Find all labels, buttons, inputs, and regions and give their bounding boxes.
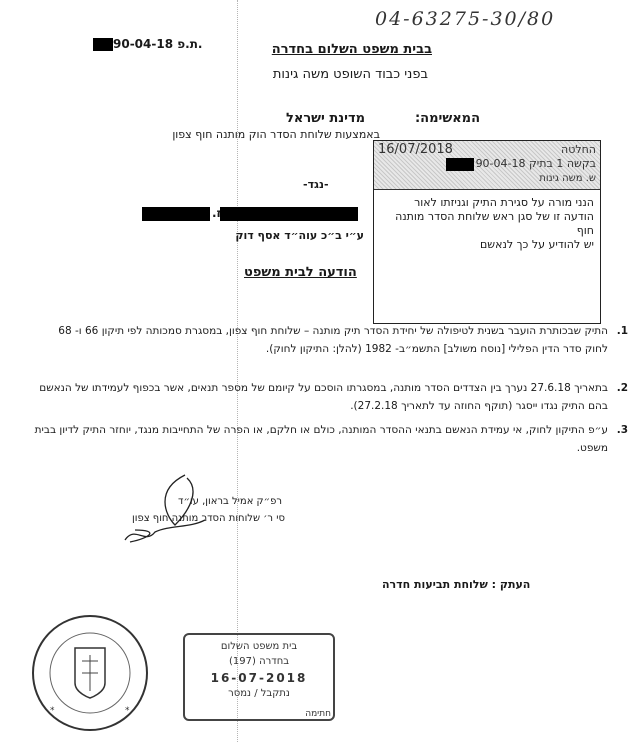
handwritten-signature-icon [115,470,225,550]
redaction-bar [93,38,113,51]
stamp-signature-label: חתימה [305,709,331,719]
paragraph-text: התיק שבכותרת הועבר בשנית לטיפולה של יחיד… [58,325,608,355]
redaction-bar [142,207,210,221]
decision-line: חוף [380,224,594,238]
paragraph-text: ע״פ התיקון לחוק, אי עמידת הנאשם בתנאי הה… [35,424,608,454]
stamp-line: בית משפט השלום [185,639,333,654]
signer-role: סי ר׳ שלוחות הסדר מותנה חוף צפון [132,513,285,524]
decision-judge: ש. משה גינות [539,173,596,184]
stamp-line: נתקבל / נמסר [185,686,333,701]
decision-title: החלטה [561,143,596,156]
stamp-line: בחדרה (197) [185,654,333,669]
decision-header: החלטה 16/07/2018 בקשה 1 בתיק 90-04-18 ש.… [374,141,600,190]
judge-line: בפני כבוד השופט משה גינות [273,67,428,82]
paragraph-number: 1. [617,322,628,340]
fold-line [237,0,238,742]
paragraph-number: 2. [617,379,628,397]
decision-line: הודעה זו של סגן ראש שלוחת הסדר מותנה [380,210,594,224]
paragraph-number: 3. [617,421,628,439]
redaction-bar [220,207,358,221]
received-stamp: בית משפט השלום בחדרה (197) 16-07-2018 נת… [183,633,335,721]
paragraph: 2. בתאריך 27.6.18 נערך בין הצדדים הסדר מ… [32,379,608,415]
prosecutor-label: המאשימה: [415,111,480,126]
svg-text:*: * [50,706,55,716]
cc-line: העתק : שלוחת תביעות חדרה [382,578,530,591]
case-number-prefix: ת.פ. [177,37,202,51]
prosecutor-name: מדינת ישראל [286,111,365,126]
decision-line: יש להודיע על כך לנאשם [380,238,594,252]
handwritten-case-number: 04-63275-30/80 [375,8,555,30]
case-number-value: 90-04-18 [113,37,173,51]
svg-text:*: * [125,706,130,716]
paragraph: 1. התיק שבכותרת הועבר בשנית לטיפולה של י… [32,322,608,358]
paragraph-text: בתאריך 27.6.18 נערך בין הצדדים הסדר מותנ… [39,382,608,412]
against-label: -נגד- [303,178,329,191]
notice-title: הודעה לבית משפט [244,265,357,280]
decision-stamp-box: החלטה 16/07/2018 בקשה 1 בתיק 90-04-18 ש.… [373,140,601,324]
decision-request: בקשה 1 בתיק 90-04-18 [444,157,596,171]
decision-body: הנני מורה על סגירת התיק וגניזתו לאור הוד… [374,190,600,252]
redaction-bar [446,158,474,171]
court-title: בבית משפט השלום בחדרה [272,42,432,57]
request-label: בקשה 1 בתיק [529,157,596,170]
signer-name: רפ״ק אמיל בראון, עו״ד [178,496,282,507]
prosecutor-via: באמצעות שלוחת הסדר הוק מותנה חוף צפון [172,128,380,141]
decision-line: הנני מורה על סגירת התיק וגניזתו לאור [380,196,594,210]
request-case: 90-04-18 [476,157,526,170]
decision-date: 16/07/2018 [378,142,453,157]
defense-counsel: ע״י ב״כ עוה״ד אסף דוק [235,229,364,242]
paragraph: 3. ע״פ התיקון לחוק, אי עמידת הנאשם בתנאי… [32,421,608,457]
case-number: 90-04-18 ת.פ. [93,37,202,51]
court-seal-icon: * * [30,613,150,733]
defendant-line: ת.ז. [142,206,372,222]
stamp-date: 16-07-2018 [185,671,333,686]
